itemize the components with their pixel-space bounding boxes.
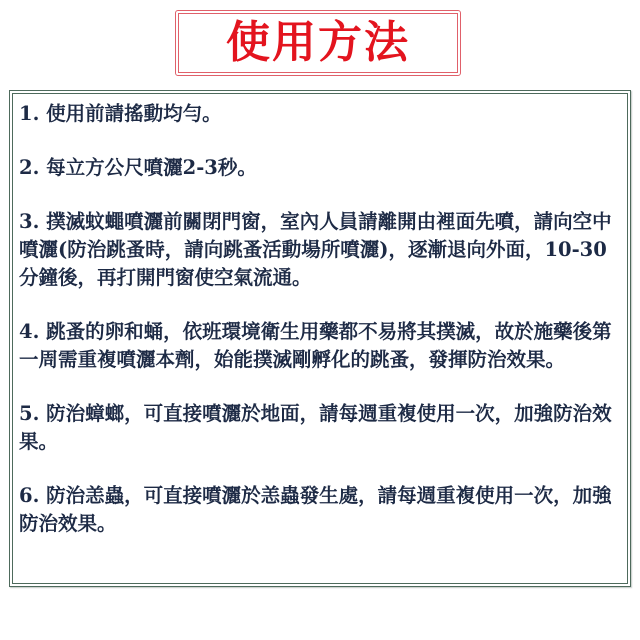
page-title: 使用方法 <box>226 21 410 65</box>
instruction-step-5: 5. 防治蟑螂，可直接噴灑於地面，請每週重複使用一次，加強防治效果。 <box>19 400 621 456</box>
instruction-step-6: 6. 防治恙蟲，可直接噴灑於恙蟲發生處，請每週重複使用一次，加強防治效果。 <box>19 482 621 538</box>
instruction-step-2: 2. 每立方公尺噴灑2-3秒。 <box>19 154 621 182</box>
instruction-step-1: 1. 使用前請搖動均勻。 <box>19 100 621 128</box>
instruction-step-4: 4. 跳蚤的卵和蛹，依班環境衛生用藥都不易將其撲滅，故於施藥後第一周需重複噴灑本… <box>19 318 621 374</box>
instruction-step-3: 3. 撲滅蚊蠅噴灑前關閉門窗，室內人員請離開由裡面先噴，請向空中噴灑(防治跳蚤時… <box>19 208 621 292</box>
instructions-panel: 1. 使用前請搖動均勻。 2. 每立方公尺噴灑2-3秒。 3. 撲滅蚊蠅噴灑前關… <box>9 90 631 587</box>
title-banner: 使用方法 <box>175 10 461 76</box>
